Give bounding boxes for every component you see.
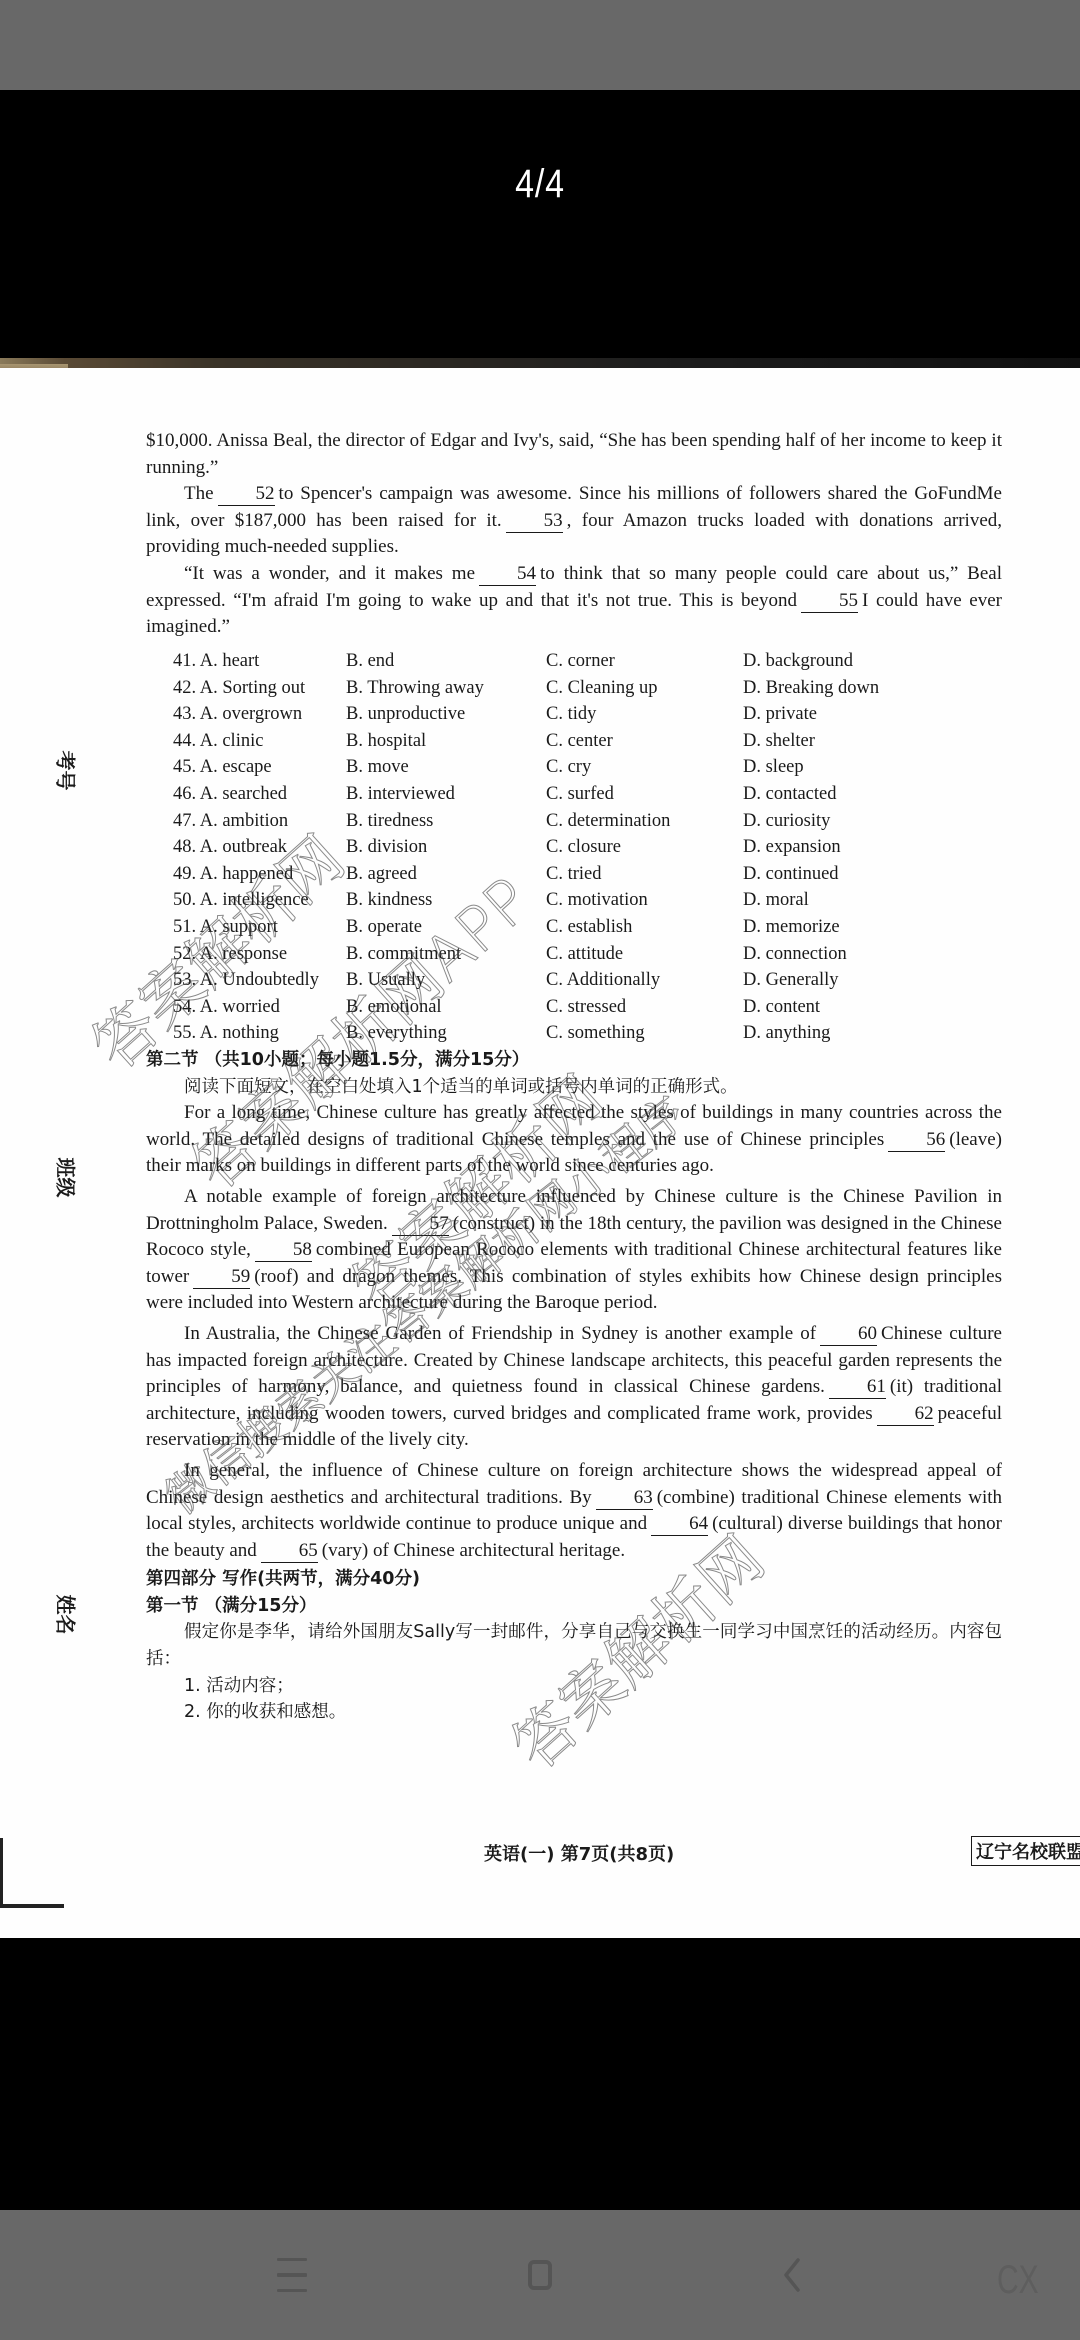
option-row: 43. A. overgrownB. unproductiveC. tidyD.… [173,701,1013,728]
answer-options-list: 41. A. heartB. endC. cornerD. background… [173,648,1013,1047]
option-a: 43. A. overgrown [173,701,346,728]
page-corner-line [0,1904,64,1908]
blank-64: 64 [651,1513,708,1536]
option-row: 42. A. Sorting outB. Throwing awayC. Cle… [173,675,1013,702]
option-d: D. Generally [743,967,1013,994]
option-b: B. kindness [346,887,546,914]
back-icon[interactable] [762,2252,822,2298]
paragraph-63-65: In general, the influence of Chinese cul… [146,1458,1002,1564]
image-viewer-header: 4/4 [0,90,1080,360]
photo-edge [0,358,1080,368]
blank-53: 53 [506,510,563,533]
option-b: B. division [346,834,546,861]
option-d: D. connection [743,941,1013,968]
option-row: 51. A. supportB. operateC. establishD. m… [173,914,1013,941]
option-c: C. determination [546,808,743,835]
option-b: B. move [346,754,546,781]
option-c: C. cry [546,754,743,781]
option-a: 52. A. response [173,941,346,968]
option-b: B. interviewed [346,781,546,808]
option-b: B. Throwing away [346,675,546,702]
blank-60: 60 [820,1323,877,1346]
option-a: 54. A. worried [173,994,346,1021]
text: The [184,483,214,504]
option-b: B. end [346,648,546,675]
option-row: 48. A. outbreakB. divisionC. closureD. e… [173,834,1013,861]
text: (vary) of Chinese architectural heritage… [322,1540,625,1561]
option-b: B. commitment [346,941,546,968]
option-d: D. shelter [743,728,1013,755]
option-c: C. Cleaning up [546,675,743,702]
option-a: 46. A. searched [173,781,346,808]
option-row: 47. A. ambitionB. tirednessC. determinat… [173,808,1013,835]
section-two-heading: 第二节 （共10小题；每小题1.5分，满分15分） [146,1047,1002,1074]
blank-57: 57 [392,1213,449,1236]
option-row: 52. A. responseB. commitmentC. attitudeD… [173,941,1013,968]
option-c: C. center [546,728,743,755]
text: (roof) and dragon themes. This combinati… [146,1266,1002,1314]
blank-59: 59 [193,1266,250,1289]
option-c: C. establish [546,914,743,941]
blank-58: 58 [255,1239,312,1262]
nav-extra-label: CX [997,2258,1039,2303]
writing-prompt: 假定你是李华，请给外国朋友Sally写一封邮件，分享自己与交换生一同学习中国烹饪… [146,1619,1002,1672]
option-a: 51. A. support [173,914,346,941]
option-d: D. background [743,648,1013,675]
blank-65: 65 [261,1540,318,1563]
status-bar-area [0,0,1080,90]
option-c: C. motivation [546,887,743,914]
writing-item-2: 2. 你的收获和感想。 [146,1699,1002,1726]
section-two-instruction: 阅读下面短文，在空白处填入1个适当的单词或括号内单词的正确形式。 [146,1074,1002,1101]
option-a: 55. A. nothing [173,1020,346,1047]
passage-top: $10,000. Anissa Beal, the director of Ed… [146,428,1002,641]
option-b: B. emotional [346,994,546,1021]
footer-page-info: 英语(一) 第7页(共8页) [484,1840,674,1866]
option-b: B. unproductive [346,701,546,728]
option-b: B. hospital [346,728,546,755]
option-a: 48. A. outbreak [173,834,346,861]
option-row: 41. A. heartB. endC. cornerD. background [173,648,1013,675]
option-d: D. content [743,994,1013,1021]
blank-52: 52 [218,483,275,506]
option-row: 54. A. worriedB. emotionalC. stressedD. … [173,994,1013,1021]
blank-63: 63 [596,1487,653,1510]
system-navigation-bar: CX [0,2210,1080,2340]
option-d: D. curiosity [743,808,1013,835]
paragraph-56: For a long time, Chinese culture has gre… [146,1100,1002,1180]
option-a: 41. A. heart [173,648,346,675]
paragraph-54-55: “It was a wonder, and it makes me54to th… [146,561,1002,641]
page-counter: 4/4 [81,162,999,207]
option-b: B. operate [346,914,546,941]
text: “It was a wonder, and it makes me [184,563,475,584]
blank-62: 62 [877,1403,934,1426]
section-two: 第二节 （共10小题；每小题1.5分，满分15分） 阅读下面短文，在空白处填入1… [146,1047,1002,1726]
option-c: C. Additionally [546,967,743,994]
option-b: B. agreed [346,861,546,888]
option-c: C. tidy [546,701,743,728]
option-c: C. something [546,1020,743,1047]
home-icon[interactable] [510,2252,570,2298]
blank-54: 54 [479,563,536,586]
option-row: 46. A. searchedB. interviewedC. surfedD.… [173,781,1013,808]
blank-56: 56 [888,1129,945,1152]
writing-item-1: 1. 活动内容； [146,1673,1002,1700]
option-a: 49. A. happened [173,861,346,888]
option-d: D. continued [743,861,1013,888]
footer-brand-box: 辽宁名校联盟 [971,1836,1080,1866]
option-d: D. expansion [743,834,1013,861]
option-d: D. moral [743,887,1013,914]
page-corner-line [0,1838,3,1908]
option-b: B. everything [346,1020,546,1047]
option-a: 45. A. escape [173,754,346,781]
recent-apps-icon[interactable] [262,2252,322,2298]
option-c: C. closure [546,834,743,861]
text: In Australia, the Chinese Garden of Frie… [184,1323,816,1344]
part-four-heading: 第四部分 写作(共两节，满分40分) [146,1566,1002,1593]
option-a: 42. A. Sorting out [173,675,346,702]
side-label-class: 班级 [53,1158,82,1188]
side-label-exam-number: 考号 [53,751,82,781]
option-row: 55. A. nothingB. everythingC. somethingD… [173,1020,1013,1047]
blank-61: 61 [829,1376,886,1399]
option-row: 49. A. happenedB. agreedC. triedD. conti… [173,861,1013,888]
paragraph-52-53: The52to Spencer's campaign was awesome. … [146,481,1002,561]
blank-55: 55 [801,590,858,613]
option-c: C. corner [546,648,743,675]
option-b: B. tiredness [346,808,546,835]
option-c: C. attitude [546,941,743,968]
option-a: 50. A. intelligence [173,887,346,914]
option-c: C. stressed [546,994,743,1021]
option-c: C. surfed [546,781,743,808]
side-label-name: 姓名 [53,1595,82,1625]
part-four-section-one-heading: 第一节 （满分15分） [146,1593,1002,1620]
intro-paragraph: $10,000. Anissa Beal, the director of Ed… [146,428,1002,481]
option-row: 44. A. clinicB. hospitalC. centerD. shel… [173,728,1013,755]
option-d: D. sleep [743,754,1013,781]
option-row: 45. A. escapeB. moveC. cryD. sleep [173,754,1013,781]
option-a: 47. A. ambition [173,808,346,835]
option-b: B. Usually [346,967,546,994]
option-a: 44. A. clinic [173,728,346,755]
option-row: 50. A. intelligenceB. kindnessC. motivat… [173,887,1013,914]
option-d: D. memorize [743,914,1013,941]
paragraph-60-62: In Australia, the Chinese Garden of Frie… [146,1321,1002,1454]
option-d: D. Breaking down [743,675,1013,702]
option-d: D. anything [743,1020,1013,1047]
text: For a long time, Chinese culture has gre… [146,1102,1002,1150]
exam-page-photo[interactable]: 考号 班级 姓名 $10,000. Anissa Beal, the direc… [0,368,1080,1938]
option-d: D. contacted [743,781,1013,808]
paragraph-57-59: A notable example of foreign architectur… [146,1184,1002,1317]
option-row: 53. A. UndoubtedlyB. UsuallyC. Additiona… [173,967,1013,994]
option-c: C. tried [546,861,743,888]
option-d: D. private [743,701,1013,728]
viewer-background [0,1938,1080,2210]
option-a: 53. A. Undoubtedly [173,967,346,994]
